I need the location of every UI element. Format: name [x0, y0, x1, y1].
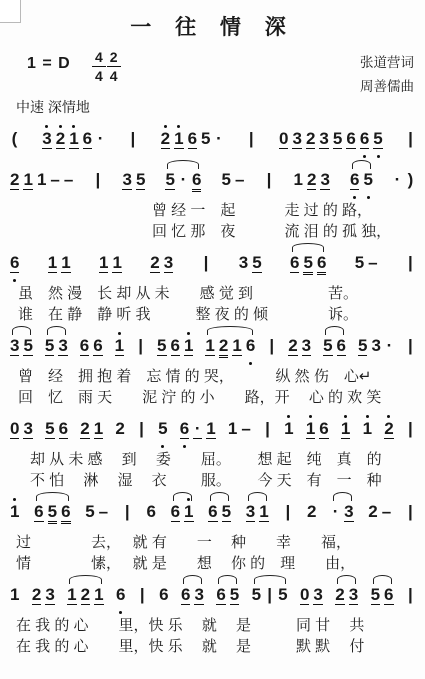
duration-underline — [206, 438, 215, 439]
octave-dot-below-slot — [306, 444, 315, 449]
note-group: | — [136, 579, 149, 615]
note-group: | — [404, 413, 417, 449]
note-token: 3 — [311, 579, 324, 615]
octave-dot-below — [377, 155, 380, 158]
octave-dot-below-slot — [252, 610, 261, 615]
duration-underline — [59, 438, 68, 439]
slur-group: 31 — [244, 496, 271, 532]
barline: | — [404, 579, 417, 615]
octave-dot-below-slot — [48, 278, 57, 283]
music-line: 1231216|663655|5032356| — [6, 579, 419, 615]
note-glyph: 1 — [10, 502, 19, 521]
note-token: 2 — [54, 123, 67, 159]
octave-dot-below-slot — [239, 278, 248, 283]
duration-underline — [205, 355, 214, 356]
note-glyph: 1 — [99, 253, 108, 272]
duration-underline — [360, 148, 369, 149]
note-token: 3 — [317, 123, 330, 159]
octave-dot-below-slot — [194, 610, 203, 615]
lyric-row: 不 怕 淋 湿 衣 服。 今 天 有 一 种 — [6, 470, 419, 491]
note-token: 6 — [358, 123, 371, 159]
octave-dot-below-slot — [307, 527, 316, 532]
duration-underline — [317, 274, 326, 275]
note-glyph: 1 — [94, 419, 103, 438]
note-token: 6 — [59, 496, 72, 532]
octave-dot-below-slot — [81, 610, 90, 615]
note-token: 1 — [339, 413, 352, 449]
note-glyph: 6 — [319, 419, 328, 438]
octave-dot-below-slot — [115, 444, 124, 449]
octave-dot-below-slot — [136, 195, 145, 200]
octave-dot-below-slot — [180, 444, 189, 449]
slur-group: 56 — [369, 579, 396, 615]
note-group: | — [404, 330, 417, 366]
note-token: 2 — [382, 413, 395, 449]
meter-denominator: 4 — [107, 67, 121, 83]
note-token: 5 — [371, 123, 384, 159]
octave-dot-below-slot — [161, 154, 170, 159]
octave-dot-below-slot — [371, 610, 380, 615]
lyric-row: 情 愫， 就 是 想 你 的 理 由， — [6, 553, 419, 574]
score-system: 211––|355·65–|12365·)曾 经 一 起 走 过 的 路，回 忆… — [6, 164, 419, 242]
duration-underline — [150, 272, 159, 273]
barline: | — [261, 413, 274, 449]
score-system: 1231216|663655|5032356|在 我 的 心 里，快 乐 就 是… — [6, 579, 419, 657]
note-glyph: 6 — [317, 253, 326, 272]
duration-underline — [184, 521, 193, 522]
duration-underline — [307, 189, 316, 190]
duration-underline — [333, 148, 342, 149]
note-glyph: 2 — [384, 419, 393, 438]
slur-group: 53 — [43, 330, 70, 366]
note-glyph: 2 — [161, 129, 170, 148]
octave-dot-below-slot — [138, 610, 147, 615]
note-glyph: – — [99, 502, 108, 521]
duration-underline — [164, 272, 173, 273]
note-token: 3 — [8, 330, 21, 366]
note-glyph: 6 — [80, 336, 89, 355]
octave-dot-below-slot — [23, 444, 32, 449]
octave-dot-below-slot — [384, 444, 393, 449]
note-group: 56 — [43, 413, 70, 449]
note-glyph: 5 — [371, 585, 380, 604]
duration-underline — [99, 272, 108, 273]
duration-underline — [384, 438, 393, 439]
duration-underline — [171, 521, 180, 522]
octave-dot-below-slot — [50, 195, 59, 200]
octave-dot-below-slot — [56, 154, 65, 159]
composer-credit: 周善儒曲 — [360, 75, 414, 95]
note-glyph: 2 — [288, 336, 297, 355]
lyric-row: 过 去， 就 有 一 种 幸 福， — [6, 532, 419, 553]
note-token: 5 — [361, 164, 374, 200]
note-token: 5 — [83, 496, 96, 532]
octave-dot-below-slot — [288, 361, 297, 366]
octave-dot-below-slot — [279, 154, 288, 159]
note-token: 5 — [228, 579, 241, 615]
note-glyph: 2 — [150, 253, 159, 272]
note-glyph: · — [181, 170, 187, 189]
octave-dot-below-slot — [215, 154, 224, 159]
duration-underline — [10, 189, 19, 190]
note-token: 6 — [178, 413, 191, 449]
duration-underline — [300, 604, 309, 605]
octave-dot-above — [13, 498, 16, 501]
note-group: 3216· — [40, 123, 107, 159]
barline: | — [265, 330, 278, 366]
note-token: 5 — [21, 330, 34, 366]
duration-underline — [122, 189, 131, 190]
note-glyph: 1 — [184, 336, 193, 355]
octave-dot-above — [72, 125, 75, 128]
note-token: 5 — [134, 164, 147, 200]
note-glyph: 6 — [246, 336, 255, 355]
note-glyph: | — [267, 585, 272, 604]
octave-dot-below-slot — [10, 154, 19, 159]
octave-dot-below-slot — [241, 444, 250, 449]
note-group: 35 — [237, 247, 264, 283]
note-glyph: 3 — [239, 253, 248, 272]
octave-dot-below-slot — [337, 361, 346, 366]
note-group: 5– — [219, 164, 246, 200]
octave-dot-below-slot — [61, 278, 70, 283]
octave-dot-below — [249, 362, 252, 365]
octave-dot-below-slot — [85, 527, 94, 532]
duration-underline — [181, 604, 190, 605]
note-glyph: | — [269, 336, 274, 355]
octave-dot-below-slot — [344, 527, 353, 532]
octave-dot-below-slot — [94, 610, 103, 615]
note-token: 3 — [162, 247, 175, 283]
note-glyph: 3 — [349, 585, 358, 604]
note-group: | — [281, 496, 294, 532]
octave-dot-below-slot — [10, 527, 19, 532]
note-glyph: 3 — [23, 419, 32, 438]
note-token: 1 — [92, 413, 105, 449]
octave-dot-above — [45, 125, 48, 128]
note-glyph: 5 — [333, 129, 342, 148]
note-glyph: 6 — [181, 585, 190, 604]
note-token: 6 — [382, 579, 395, 615]
note-token: 5 — [43, 330, 56, 366]
slur-group: 63 — [179, 579, 206, 615]
note-token: 3 — [342, 496, 355, 532]
note-token: 6 — [78, 330, 91, 366]
octave-dot-below-slot — [32, 610, 41, 615]
note-glyph: 1 — [284, 419, 293, 438]
duration-underline — [81, 604, 90, 605]
note-token: 3 — [290, 123, 303, 159]
note-token: 5 — [250, 579, 263, 615]
octave-dot-below-slot — [406, 361, 415, 366]
note-group: | — [91, 164, 104, 200]
note-glyph: 3 — [45, 585, 54, 604]
duration-underline — [358, 355, 367, 356]
octave-dot-below-slot — [373, 154, 382, 159]
duration-underline — [279, 148, 288, 149]
note-glyph: 5 — [48, 502, 57, 521]
octave-dot-below-slot — [302, 361, 311, 366]
note-glyph: · — [333, 502, 339, 521]
meter-numerator: 4 — [92, 49, 106, 67]
note-glyph: 6 — [61, 502, 70, 521]
note-token: 5 — [199, 123, 212, 159]
note-glyph: 6 — [290, 253, 299, 272]
octave-dot-below-slot — [201, 154, 210, 159]
note-group: 23 — [286, 330, 313, 366]
octave-dot-below-slot — [10, 444, 19, 449]
note-token: 1 — [46, 247, 59, 283]
corner-cell-marker — [0, 0, 21, 23]
note-glyph: 5 — [358, 336, 367, 355]
octave-dot-below-slot — [93, 195, 102, 200]
slur-group: 1216 — [203, 330, 257, 366]
octave-dot-above — [309, 415, 312, 418]
duration-underline — [222, 521, 231, 522]
octave-dot-below-slot — [48, 527, 57, 532]
lyric-row: 在 我 的 心 里，快 乐 就 是 默 默 付 — [6, 636, 419, 657]
octave-dot-below-slot — [246, 361, 255, 366]
octave-dot-below-slot — [158, 444, 167, 449]
note-glyph: 3 — [42, 129, 51, 148]
music-line: 211––|355·65–|12365·) — [6, 164, 419, 200]
note-group: 03235665 — [277, 123, 385, 159]
note-token: 2 — [30, 579, 43, 615]
note-token: 3 — [318, 164, 331, 200]
octave-dot-below-slot — [228, 444, 237, 449]
slur-group: 65 — [214, 579, 241, 615]
octave-dot-below-slot — [368, 527, 377, 532]
octave-dot-below-slot — [221, 195, 230, 200]
note-group: 1 — [339, 413, 352, 449]
lyric-row: 曾 经 一 起 走 过 的 路， — [6, 200, 419, 221]
duration-underline — [344, 521, 353, 522]
note-token: 1 — [226, 413, 239, 449]
dash-duration-mark: – — [97, 496, 110, 532]
note-glyph: 5 — [355, 253, 364, 272]
barline: | — [262, 164, 275, 200]
octave-dot-below-slot — [193, 444, 202, 449]
note-glyph: 5 — [45, 419, 54, 438]
note-glyph: 2 — [80, 419, 89, 438]
duration-underline — [346, 148, 355, 149]
note-glyph: 6 — [188, 129, 197, 148]
augmentation-dot: · — [391, 164, 404, 200]
octave-dot-below-slot — [358, 361, 367, 366]
octave-dot-below-slot — [174, 154, 183, 159]
octave-dot-below-slot — [303, 278, 312, 283]
note-glyph: – — [235, 170, 244, 189]
note-glyph: 1 — [206, 419, 215, 438]
octave-dot-below-slot — [93, 361, 102, 366]
duration-underline — [45, 604, 54, 605]
note-glyph: | — [204, 253, 209, 272]
note-glyph: 1 — [115, 336, 124, 355]
note-token: 5 — [219, 164, 232, 200]
note-group: 5– — [83, 496, 110, 532]
duration-underline — [319, 438, 328, 439]
note-glyph: 1 — [228, 419, 237, 438]
duration-underline — [48, 272, 57, 273]
octave-dot-below-slot — [317, 278, 326, 283]
note-glyph: 3 — [313, 585, 322, 604]
duration-underline — [10, 438, 19, 439]
note-token: 1 — [182, 330, 195, 366]
octave-dot-below-slot — [181, 610, 190, 615]
note-group: | — [121, 496, 134, 532]
slur-group: 23 — [333, 579, 360, 615]
note-glyph: 3 — [164, 253, 173, 272]
note-glyph: 1 — [205, 336, 214, 355]
note-glyph: | — [408, 419, 413, 438]
note-glyph: 1 — [23, 170, 32, 189]
octave-dot-below-slot — [23, 361, 32, 366]
note-token: 1 — [230, 330, 243, 366]
lyric-row: 在 我 的 心 里，快 乐 就 是 同 甘 共 — [6, 615, 419, 636]
note-glyph: | — [249, 129, 254, 148]
note-glyph: | — [267, 170, 272, 189]
octave-dot-below — [119, 611, 122, 614]
note-glyph: · — [98, 129, 104, 148]
note-glyph: 1 — [232, 336, 241, 355]
octave-dot-below-slot — [363, 195, 372, 200]
duration-underline — [384, 604, 393, 605]
octave-dot-below-slot — [355, 278, 364, 283]
octave-dot-below-slot — [320, 195, 329, 200]
note-glyph: 2 — [307, 170, 316, 189]
note-glyph: 5 — [157, 336, 166, 355]
note-glyph: – — [50, 170, 59, 189]
octave-dot-below-slot — [363, 444, 372, 449]
note-glyph: · — [387, 336, 393, 355]
note-glyph: 1 — [67, 585, 76, 604]
note-token: 1 — [204, 413, 217, 449]
note-group: | — [265, 330, 278, 366]
note-token: 6 — [157, 579, 170, 615]
note-token: 5 — [276, 579, 289, 615]
octave-dot-below-slot — [10, 278, 19, 283]
note-group: 1 — [8, 579, 21, 615]
dash-duration-mark: – — [366, 247, 379, 283]
duration-underline — [313, 604, 322, 605]
note-glyph: 5 — [252, 585, 261, 604]
note-token: 6 — [8, 247, 21, 283]
note-token: 6 — [57, 413, 70, 449]
note-group: | — [404, 496, 417, 532]
note-glyph: 3 — [302, 336, 311, 355]
octave-dot-below-slot — [157, 361, 166, 366]
note-glyph: | — [140, 585, 145, 604]
note-token: 1 — [59, 247, 72, 283]
score-system: 0356212|56·11–|116112|却 从 未 感 到 委 屈。 想 起… — [6, 413, 419, 491]
octave-dot-below-slot — [42, 154, 51, 159]
note-glyph: 1 — [61, 253, 70, 272]
note-group: | — [199, 247, 212, 283]
octave-dot-below — [183, 445, 186, 448]
duration-underline — [83, 148, 92, 149]
slur-group: 61 — [169, 496, 196, 532]
octave-dot-below-slot — [313, 610, 322, 615]
octave-dot-below-slot — [184, 361, 193, 366]
octave-dot-below-slot — [290, 278, 299, 283]
octave-dot-below-slot — [393, 195, 402, 200]
barline: | — [263, 579, 276, 615]
note-glyph: 5 — [158, 419, 167, 438]
octave-dot-below-slot — [201, 278, 210, 283]
note-glyph: 1 — [341, 419, 350, 438]
note-glyph: 3 — [319, 129, 328, 148]
note-token: 3 — [192, 579, 205, 615]
note-token: 3 — [21, 413, 34, 449]
note-glyph: 6 — [34, 502, 43, 521]
note-glyph: | — [285, 502, 290, 521]
octave-dot-below-slot — [179, 195, 188, 200]
note-glyph: | — [96, 170, 101, 189]
octave-dot-below-slot — [96, 154, 105, 159]
note-glyph: | — [408, 253, 413, 272]
octave-dot-below-slot — [264, 195, 273, 200]
octave-dot-below-slot — [205, 361, 214, 366]
barline: | — [136, 579, 149, 615]
note-glyph: 6 — [350, 170, 359, 189]
note-glyph: ) — [408, 170, 414, 189]
octave-dot-below-slot — [164, 278, 173, 283]
octave-dot-below-slot — [265, 610, 274, 615]
lyric-row: 曾 经 拥 抱 着 忘 情 的 哭， 纵 然 伤 心↵ — [6, 366, 419, 387]
barline: | — [281, 496, 294, 532]
note-glyph: 2 — [81, 585, 90, 604]
octave-dot-below-slot — [235, 195, 244, 200]
note-group: | — [135, 413, 148, 449]
augmentation-dot: · — [177, 164, 190, 200]
note-token: 5 — [156, 413, 169, 449]
note-glyph: 1 — [363, 419, 372, 438]
score-title: 一 往 情 深 — [0, 0, 425, 41]
note-token: 2 — [217, 330, 230, 366]
note-glyph: | — [408, 129, 413, 148]
duration-underline — [61, 521, 70, 522]
note-token: 1 — [203, 330, 216, 366]
time-signature-4-4: 4 4 — [92, 49, 106, 83]
duration-underline — [230, 604, 239, 605]
note-glyph: 6 — [337, 336, 346, 355]
note-group: 6 — [8, 247, 21, 283]
duration-underline — [67, 604, 76, 605]
octave-dot-below-slot — [292, 154, 301, 159]
octave-dot-below — [353, 196, 356, 199]
octave-dot-below-slot — [406, 278, 415, 283]
note-group: 03 — [8, 413, 35, 449]
note-group: 123 — [292, 164, 332, 200]
note-glyph: 6 — [83, 129, 92, 148]
note-token: 3 — [56, 330, 69, 366]
score-system: 6111123|356565–|虽 然 漫 长 却 从 未 感 觉 到 苦。谁 … — [6, 247, 419, 325]
duration-underline — [45, 355, 54, 356]
note-glyph: 3 — [344, 502, 353, 521]
note-glyph: 0 — [279, 129, 288, 148]
duration-underline — [157, 355, 166, 356]
octave-dot-below-slot — [122, 195, 131, 200]
barline: | — [134, 330, 147, 366]
octave-dot-below-slot — [136, 361, 145, 366]
duration-underline — [252, 272, 261, 273]
note-token: 2 — [78, 413, 91, 449]
dash-duration-mark: – — [239, 413, 252, 449]
octave-dot-below-slot — [171, 527, 180, 532]
octave-dot-below-slot — [94, 444, 103, 449]
note-glyph: 5 — [136, 170, 145, 189]
note-glyph: 3 — [122, 170, 131, 189]
